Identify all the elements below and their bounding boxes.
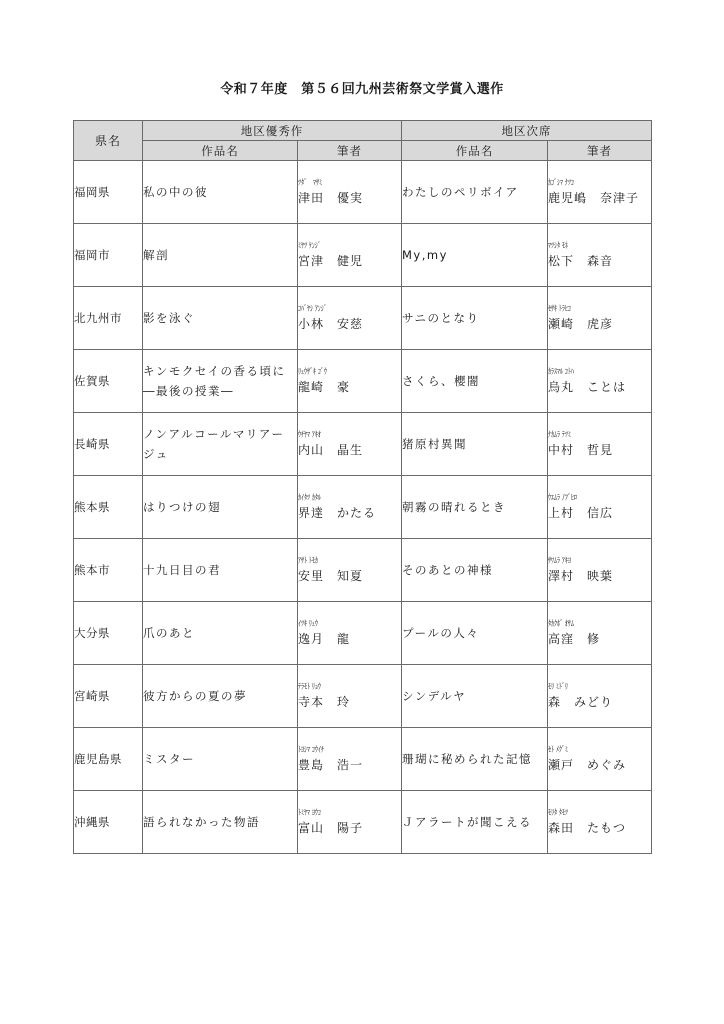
table-row: 福岡市 解剖 ﾐﾔﾂ ｹﾝｼﾞ 宮津 健児 My,my ﾏﾂｼﾀ ﾓﾈ 松下 森… — [74, 224, 652, 287]
author-furigana: ｻﾜﾑﾗ ｱｷﾖ — [548, 555, 625, 567]
excellent-work-cell: 私の中の彼 — [143, 161, 298, 224]
excellent-author-cell: ﾂﾀﾞ ﾏｻﾐ 津田 優実 — [298, 161, 402, 224]
header-excellent-author: 筆者 — [298, 141, 402, 161]
runner-up-author-cell: ｳｴﾑﾗ ﾉﾌﾞﾋﾛ 上村 信広 — [548, 476, 652, 539]
runner-up-work-cell: わたしのペリボイア — [402, 161, 548, 224]
runner-up-author-cell: ﾀｶｸﾎﾞ ｵｻﾑ 高窪 修 — [548, 602, 652, 665]
prefecture-cell: 鹿児島県 — [74, 728, 143, 791]
author-furigana: ｶﾗｽﾏﾙ ｺﾄﾊ — [548, 366, 625, 378]
award-table: 県名 地区優秀作 地区次席 作品名 筆者 作品名 筆者 福岡県 私の中の彼 ﾂﾀ… — [73, 120, 652, 854]
excellent-work-cell: 爪のあと — [143, 602, 298, 665]
author-furigana: ｺﾊﾞﾔｼ ｱﾝｼﾞ — [298, 303, 375, 315]
author-furigana: ﾏﾂｼﾀ ﾓﾈ — [548, 240, 625, 252]
author-furigana: ﾓﾘﾀ ﾀﾓﾂ — [548, 807, 625, 819]
runner-up-work-cell: シンデルヤ — [402, 665, 548, 728]
excellent-author-cell: ｺﾊﾞﾔｼ ｱﾝｼﾞ 小林 安慈 — [298, 287, 402, 350]
author-name: 豊島 浩一 — [298, 756, 401, 774]
excellent-author-cell: ｱｻﾄ ﾄﾓｶ 安里 知夏 — [298, 539, 402, 602]
runner-up-author-cell: ｶﾗｽﾏﾙ ｺﾄﾊ 烏丸 ことは — [548, 350, 652, 413]
prefecture-cell: 宮崎県 — [74, 665, 143, 728]
runner-up-author-cell: ﾓﾘﾀ ﾀﾓﾂ 森田 たもつ — [548, 791, 652, 854]
author-name: 森田 たもつ — [548, 819, 651, 837]
table-row: 佐賀県 キンモクセイの香る頃に―最後の授業― ﾘｭｳｻﾞｷ ｺﾞｳ 龍崎 豪 さ… — [74, 350, 652, 413]
runner-up-author-cell: ｶｺﾞｼﾏ ﾅﾂｺ 鹿児嶋 奈津子 — [548, 161, 652, 224]
author-furigana: ｳﾁﾔﾏ ｱｷｵ — [298, 429, 375, 441]
prefecture-cell: 福岡県 — [74, 161, 143, 224]
table-row: 沖縄県 語られなかった物語 ﾄﾐﾔﾏ ﾖｳｺ 富山 陽子 Ｊアラートが聞こえる … — [74, 791, 652, 854]
author-furigana: ﾄﾖｼﾏ ｺｳｲﾁ — [298, 744, 375, 756]
excellent-work-cell: 解剖 — [143, 224, 298, 287]
author-name: 逸月 龍 — [298, 630, 401, 648]
author-furigana: ｶｲﾀﾂ ｶﾀﾙ — [298, 492, 375, 504]
excellent-work-cell: ミスター — [143, 728, 298, 791]
runner-up-work-cell: 珊瑚に秘められた記憶 — [402, 728, 548, 791]
prefecture-cell: 福岡市 — [74, 224, 143, 287]
prefecture-cell: 北九州市 — [74, 287, 143, 350]
author-furigana: ｲﾂｷ ﾘｭｳ — [298, 618, 375, 630]
table-row: 大分県 爪のあと ｲﾂｷ ﾘｭｳ 逸月 龍 プールの人々 ﾀｶｸﾎﾞ ｵｻﾑ 高… — [74, 602, 652, 665]
runner-up-author-cell: ﾏﾂｼﾀ ﾓﾈ 松下 森音 — [548, 224, 652, 287]
author-furigana: ﾐﾔﾂ ｹﾝｼﾞ — [298, 240, 375, 252]
excellent-author-cell: ｶｲﾀﾂ ｶﾀﾙ 界達 かたる — [298, 476, 402, 539]
author-name: 宮津 健児 — [298, 252, 401, 270]
excellent-work-cell: はりつけの翅 — [143, 476, 298, 539]
runner-up-work-cell: さくら、櫻闇 — [402, 350, 548, 413]
author-name: 津田 優実 — [298, 189, 401, 207]
header-prefecture: 県名 — [74, 121, 143, 161]
author-name: 中村 哲見 — [548, 441, 651, 459]
author-name: 松下 森音 — [548, 252, 651, 270]
table-row: 鹿児島県 ミスター ﾄﾖｼﾏ ｺｳｲﾁ 豊島 浩一 珊瑚に秘められた記憶 ｾﾄ … — [74, 728, 652, 791]
header-excellent-group: 地区優秀作 — [143, 121, 402, 141]
author-name: 小林 安慈 — [298, 315, 401, 333]
header-runner-up-work: 作品名 — [402, 141, 548, 161]
excellent-author-cell: ﾘｭｳｻﾞｷ ｺﾞｳ 龍崎 豪 — [298, 350, 402, 413]
excellent-author-cell: ﾄﾖｼﾏ ｺｳｲﾁ 豊島 浩一 — [298, 728, 402, 791]
author-furigana: ﾃﾗﾓﾄ ﾘｮｳ — [298, 681, 375, 693]
header-runner-up-author: 筆者 — [548, 141, 652, 161]
author-furigana: ｳｴﾑﾗ ﾉﾌﾞﾋﾛ — [548, 492, 625, 504]
author-name: 烏丸 ことは — [548, 378, 651, 396]
header-excellent-work: 作品名 — [143, 141, 298, 161]
author-name: 龍崎 豪 — [298, 378, 401, 396]
author-furigana: ｾﾄ ﾒｸﾞﾐ — [548, 744, 625, 756]
author-furigana: ﾄﾐﾔﾏ ﾖｳｺ — [298, 807, 375, 819]
table-row: 北九州市 影を泳ぐ ｺﾊﾞﾔｼ ｱﾝｼﾞ 小林 安慈 サニのとなり ｾｻｷ ﾄﾗ… — [74, 287, 652, 350]
prefecture-cell: 熊本市 — [74, 539, 143, 602]
author-furigana: ﾅｶﾑﾗ ﾃﾂﾐ — [548, 429, 625, 441]
prefecture-cell: 長崎県 — [74, 413, 143, 476]
author-name: 安里 知夏 — [298, 567, 401, 585]
table-row: 熊本市 十九日目の君 ｱｻﾄ ﾄﾓｶ 安里 知夏 そのあとの神様 ｻﾜﾑﾗ ｱｷ… — [74, 539, 652, 602]
runner-up-author-cell: ｾﾄ ﾒｸﾞﾐ 瀬戸 めぐみ — [548, 728, 652, 791]
runner-up-work-cell: My,my — [402, 224, 548, 287]
page-title: 令和７年度 第５６回九州芸術祭文学賞入選作 — [0, 78, 724, 97]
prefecture-cell: 大分県 — [74, 602, 143, 665]
runner-up-author-cell: ﾅｶﾑﾗ ﾃﾂﾐ 中村 哲見 — [548, 413, 652, 476]
author-furigana: ﾀｶｸﾎﾞ ｵｻﾑ — [548, 618, 625, 630]
author-furigana: ｾｻｷ ﾄﾗﾋｺ — [548, 303, 625, 315]
prefecture-cell: 佐賀県 — [74, 350, 143, 413]
prefecture-cell: 熊本県 — [74, 476, 143, 539]
author-name: 鹿児嶋 奈津子 — [548, 189, 651, 207]
excellent-work-cell: 十九日目の君 — [143, 539, 298, 602]
author-name: 富山 陽子 — [298, 819, 401, 837]
author-furigana: ﾓﾘ ﾐﾄﾞﾘ — [548, 681, 625, 693]
runner-up-author-cell: ﾓﾘ ﾐﾄﾞﾘ 森 みどり — [548, 665, 652, 728]
runner-up-author-cell: ｾｻｷ ﾄﾗﾋｺ 瀬崎 虎彦 — [548, 287, 652, 350]
runner-up-work-cell: Ｊアラートが聞こえる — [402, 791, 548, 854]
header-runner-up-group: 地区次席 — [402, 121, 652, 141]
prefecture-cell: 沖縄県 — [74, 791, 143, 854]
author-name: 森 みどり — [548, 693, 651, 711]
excellent-work-cell: 彼方からの夏の夢 — [143, 665, 298, 728]
excellent-author-cell: ｲﾂｷ ﾘｭｳ 逸月 龍 — [298, 602, 402, 665]
excellent-work-cell: キンモクセイの香る頃に―最後の授業― — [143, 350, 298, 413]
author-furigana: ﾘｭｳｻﾞｷ ｺﾞｳ — [298, 366, 375, 378]
runner-up-work-cell: そのあとの神様 — [402, 539, 548, 602]
author-name: 高窪 修 — [548, 630, 651, 648]
table-row: 福岡県 私の中の彼 ﾂﾀﾞ ﾏｻﾐ 津田 優実 わたしのペリボイア ｶｺﾞｼﾏ … — [74, 161, 652, 224]
author-name: 界達 かたる — [298, 504, 401, 522]
author-furigana: ﾂﾀﾞ ﾏｻﾐ — [298, 177, 375, 189]
runner-up-work-cell: プールの人々 — [402, 602, 548, 665]
table-row: 熊本県 はりつけの翅 ｶｲﾀﾂ ｶﾀﾙ 界達 かたる 朝霧の晴れるとき ｳｴﾑﾗ… — [74, 476, 652, 539]
author-name: 上村 信広 — [548, 504, 651, 522]
excellent-work-cell: 影を泳ぐ — [143, 287, 298, 350]
runner-up-work-cell: サニのとなり — [402, 287, 548, 350]
author-name: 寺本 玲 — [298, 693, 401, 711]
excellent-author-cell: ﾄﾐﾔﾏ ﾖｳｺ 富山 陽子 — [298, 791, 402, 854]
excellent-author-cell: ﾃﾗﾓﾄ ﾘｮｳ 寺本 玲 — [298, 665, 402, 728]
runner-up-work-cell: 猪原村異聞 — [402, 413, 548, 476]
author-name: 瀬崎 虎彦 — [548, 315, 651, 333]
excellent-work-cell: ノンアルコールマリアージュ — [143, 413, 298, 476]
runner-up-work-cell: 朝霧の晴れるとき — [402, 476, 548, 539]
author-name: 澤村 映葉 — [548, 567, 651, 585]
excellent-work-cell: 語られなかった物語 — [143, 791, 298, 854]
excellent-author-cell: ﾐﾔﾂ ｹﾝｼﾞ 宮津 健児 — [298, 224, 402, 287]
runner-up-author-cell: ｻﾜﾑﾗ ｱｷﾖ 澤村 映葉 — [548, 539, 652, 602]
table-row: 宮崎県 彼方からの夏の夢 ﾃﾗﾓﾄ ﾘｮｳ 寺本 玲 シンデルヤ ﾓﾘ ﾐﾄﾞﾘ… — [74, 665, 652, 728]
table-row: 長崎県 ノンアルコールマリアージュ ｳﾁﾔﾏ ｱｷｵ 内山 晶生 猪原村異聞 ﾅ… — [74, 413, 652, 476]
author-name: 内山 晶生 — [298, 441, 401, 459]
excellent-author-cell: ｳﾁﾔﾏ ｱｷｵ 内山 晶生 — [298, 413, 402, 476]
author-name: 瀬戸 めぐみ — [548, 756, 651, 774]
author-furigana: ｶｺﾞｼﾏ ﾅﾂｺ — [548, 177, 625, 189]
author-furigana: ｱｻﾄ ﾄﾓｶ — [298, 555, 375, 567]
